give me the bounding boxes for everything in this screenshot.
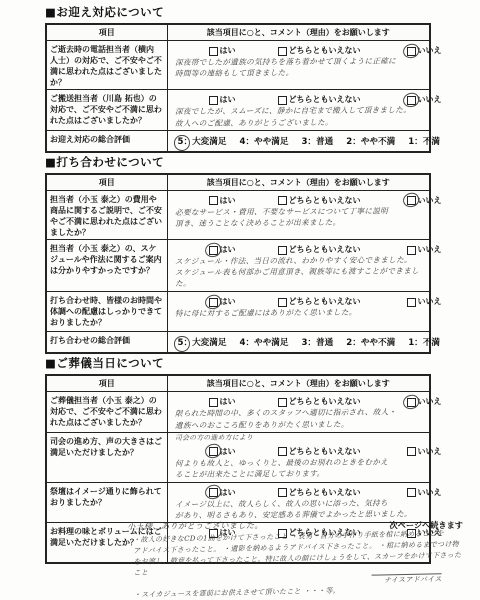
option-neutral: どちらともいえない (278, 94, 361, 105)
hand-drawn-circle-mark (173, 134, 191, 152)
answer-cell: はいどちらともいえないいいえ深夜でしたが、スムーズに、静かに自宅まで搬入して頂き… (167, 90, 430, 131)
checkbox-icon (407, 47, 415, 55)
option-row: はいどちらともいえないいいえ (171, 487, 427, 498)
question-label-cell: 司会の進め方、声の大きさはご満足いただけましたか？ (46, 432, 167, 482)
handwritten-annotation: 司会の方の進め方により (171, 432, 427, 443)
option-label: どちらともいえない (289, 45, 361, 56)
option-label: はい (220, 195, 236, 206)
section-title: ■ご葬儀当日について (45, 355, 429, 371)
checkbox-icon (407, 488, 415, 496)
rating-option: 3：普通 (301, 338, 333, 348)
answer-cell: はいどちらともいえないいいえ必要なサービス・費用、不要なサービスについて丁寧に説… (167, 190, 430, 239)
rating-number-text: 2 (346, 338, 352, 348)
checkbox-icon (209, 447, 217, 455)
rating-number-text: 4 (239, 338, 245, 348)
rating-option: 5：大変満足 (178, 137, 227, 147)
question-label-cell: ご葬儀担当者（小玉 泰之）の対応で、ご不安やご不満に思われた点はございましたか？ (46, 392, 167, 433)
question-label-cell: 担当者（小玉 泰之）の費用や商品に関するご説明で、ご不安やご不満に思われた点はご… (46, 190, 167, 239)
checkbox-icon (407, 196, 415, 204)
option-label: どちらともいえない (289, 94, 361, 105)
checkbox-icon (209, 298, 217, 306)
checkbox-icon (209, 47, 217, 55)
table-row: ご搬送担当者（川島 拓也）の対応で、ご不安やご不満に思われた点はございましたか？… (46, 90, 430, 131)
checkbox-icon (209, 196, 217, 204)
option-label: いいえ (418, 487, 442, 498)
table-row: 担当者（小玉 泰之）の費用や商品に関するご説明で、ご不安やご不満に思われた点はご… (46, 190, 430, 239)
rating-label: ：不満 (414, 338, 440, 348)
rating-option: 1：不満 (408, 137, 440, 147)
checkbox-square (278, 298, 287, 307)
question-label-cell: ご搬送担当者（川島 拓也）の対応で、ご不安やご不満に思われた点はございましたか？ (46, 90, 167, 131)
option-yes: はい (209, 396, 236, 407)
handwritten-comment-line: 時間等の連絡もして頂きました。 (171, 67, 427, 80)
rating-number: 3 (301, 338, 307, 348)
answer-cell: はいどちらともいえないいいえイメージ以上に、故人らしく、故人の思いに添った、気持… (167, 482, 430, 523)
table-row: ご葬儀担当者（小玉 泰之）の対応で、ご不安やご不満に思われた点はございましたか？… (46, 392, 430, 433)
handwritten-note-line: ・スイカジュースを霊前にお供えさせて頂いたこと ・・・等。 (134, 584, 466, 600)
rating-label: ：不満 (414, 137, 440, 147)
rating-number-text: 2 (346, 137, 352, 147)
hand-drawn-circle-mark (173, 335, 191, 353)
handwritten-comment-line: スケジュール表も何部かご用意頂き、親族等にも渡すことができました。 (171, 266, 427, 291)
option-label: はい (220, 45, 236, 56)
option-yes: はい (209, 446, 236, 457)
survey-table: 項目該当項目に○と、コメント（理由）をお願いします担当者（小玉 泰之）の費用や商… (45, 173, 431, 354)
checkbox-icon (278, 96, 286, 104)
option-row: はいどちらともいえないいいえ (171, 244, 427, 255)
column-header-item: 項目 (46, 375, 167, 392)
option-neutral: どちらともいえない (278, 296, 361, 307)
rating-option: 4：やや満足 (239, 338, 288, 348)
answer-cell: はいどちらともいえないいいえ深夜帯でしたが遺族の気持ちを落ち着かせて頂くように正… (167, 41, 430, 90)
table-row: お迎え対応の総合評価5：大変満足4：やや満足3：普通2：やや不満1：不満 (46, 130, 430, 152)
question-label-cell: お迎え対応の総合評価 (46, 130, 167, 152)
rating-label: ：普通 (307, 338, 333, 348)
checkbox-icon (278, 398, 286, 406)
rating-option: 3：普通 (301, 137, 333, 147)
rating-number: 2 (346, 338, 352, 348)
survey-table: 項目該当項目に○と、コメント（理由）をお願いしますご逝去時の電話担当者（横内 人… (45, 23, 431, 153)
option-neutral: どちらともいえない (278, 244, 361, 255)
rating-number-text: 3 (301, 338, 307, 348)
option-label: はい (220, 396, 236, 407)
option-neutral: どちらともいえない (278, 396, 361, 407)
option-label: はい (220, 446, 236, 457)
rating-number-text: 1 (408, 338, 414, 348)
rating-number-text: 1 (408, 137, 414, 147)
checkbox-square (209, 47, 218, 56)
checkbox-square (278, 398, 287, 407)
option-label: はい (220, 94, 236, 105)
question-label-cell: 打ち合わせの総合評価 (46, 332, 167, 354)
column-header-item: 項目 (46, 24, 167, 41)
table-header-row: 項目該当項目に○と、コメント（理由）をお願いします (46, 174, 430, 191)
checkbox-icon (278, 447, 286, 455)
checkbox-square (407, 447, 416, 456)
section-meeting: ■打ち合わせについて 項目該当項目に○と、コメント（理由）をお願いします担当者（… (45, 154, 429, 354)
checkbox-square (278, 96, 287, 105)
handwritten-comment-line: 故人へのご配慮、ありがとうございました。 (171, 116, 427, 129)
checkbox-icon (407, 298, 415, 306)
rating-number: 3 (301, 137, 307, 147)
answer-cell: はいどちらともいえないいいえスケジュール・作法、当日の流れ、わかりやすく安心でき… (167, 240, 430, 292)
option-row: はいどちらともいえないいいえ (171, 195, 427, 206)
rating-label: ：やや不満 (352, 137, 395, 147)
table-row: 打ち合わせの総合評価5：大変満足4：やや満足3：普通2：やや不満1：不満 (46, 332, 430, 354)
checkbox-square (278, 47, 287, 56)
table-header-row: 項目該当項目に○と、コメント（理由）をお願いします (46, 375, 430, 392)
option-neutral: どちらともいえない (278, 487, 361, 498)
option-label: はい (220, 296, 236, 307)
checkbox-icon (209, 398, 217, 406)
table-header-row: 項目該当項目に○と、コメント（理由）をお願いします (46, 24, 430, 41)
option-row: はいどちらともいえないいいえ (171, 45, 427, 56)
rating-option: 1：不満 (408, 338, 440, 348)
rating-label: ：やや満足 (245, 137, 288, 147)
checkbox-icon (278, 47, 286, 55)
rating-option: 2：やや不満 (346, 137, 395, 147)
option-label: どちらともいえない (289, 195, 361, 206)
rating-number-text: 4 (239, 137, 245, 147)
checkbox-icon (407, 246, 415, 254)
checkbox-icon (278, 246, 286, 254)
rating-number: 1 (408, 338, 414, 348)
checkbox-icon (407, 447, 415, 455)
rating-option: 2：やや不満 (346, 338, 395, 348)
option-label: どちらともいえない (289, 396, 361, 407)
checkbox-icon (209, 96, 217, 104)
column-header-instruction: 該当項目に○と、コメント（理由）をお願いします (167, 375, 430, 392)
column-header-instruction: 該当項目に○と、コメント（理由）をお願いします (167, 174, 430, 191)
answer-cell: はいどちらともいえないいいえ特に母に対するご配慮にはありがたく思いました。 (167, 292, 430, 332)
option-label: いいえ (418, 446, 442, 457)
option-label: どちらともいえない (289, 296, 361, 307)
question-label-cell: 祭壇はイメージ通りに飾られておりましたか？ (46, 482, 167, 523)
option-row: はいどちらともいえないいいえ (171, 94, 427, 105)
rating-scale-cell: 5：大変満足4：やや満足3：普通2：やや不満1：不満 (167, 332, 430, 354)
table-row: 祭壇はイメージ通りに飾られておりましたか？はいどちらともいえないいいえイメージ以… (46, 482, 430, 523)
checkbox-icon (209, 246, 217, 254)
rating-option: 4：やや満足 (239, 137, 288, 147)
checkbox-square (209, 196, 218, 205)
checkbox-icon (278, 488, 286, 496)
option-yes: はい (209, 487, 236, 498)
checkbox-icon (278, 298, 286, 306)
option-label: はい (220, 487, 236, 498)
checkbox-icon (407, 398, 415, 406)
column-header-item: 項目 (46, 174, 167, 191)
rating-label: ：やや不満 (352, 338, 395, 348)
checkbox-square (278, 196, 287, 205)
option-label: どちらともいえない (289, 487, 361, 498)
checkbox-icon (209, 488, 217, 496)
option-row: はいどちらともいえないいいえ (171, 446, 427, 457)
column-header-instruction: 該当項目に○と、コメント（理由）をお願いします (167, 24, 430, 41)
scanned-survey-page: ■お迎え対応について 項目該当項目に○と、コメント（理由）をお願いしますご逝去時… (0, 0, 480, 600)
handwritten-comment-line: 頂き、迷うことなく決めることが出来ました。 (171, 217, 427, 230)
option-yes: はい (209, 244, 236, 255)
section-title: ■打ち合わせについて (45, 154, 429, 170)
checkbox-square (278, 246, 287, 255)
rating-number-text: 3 (301, 137, 307, 147)
rating-label: ：やや満足 (245, 338, 288, 348)
checkbox-square (407, 488, 416, 497)
checkbox-square (209, 96, 218, 105)
option-no: いいえ (407, 446, 442, 457)
rating-number: 1 (408, 137, 414, 147)
option-yes: はい (209, 195, 236, 206)
rating-number: 5 (178, 338, 184, 348)
handwritten-comment-line: 遺族へのおこころ配りをありがたく思いました。 (171, 418, 427, 431)
option-no: いいえ (407, 487, 442, 498)
handwritten-comment-line: ることが出来たことに満足しております。 (171, 467, 427, 480)
answer-cell: はいどちらともいえないいいえ限られた時間の中、多くのスタッフへ適切に指示され、故… (167, 392, 430, 433)
option-label: はい (220, 244, 236, 255)
handwritten-thanks: 小玉様、ありがとうございました。 (123, 519, 263, 532)
option-neutral: どちらともいえない (278, 446, 361, 457)
rating-label: ：普通 (307, 137, 333, 147)
table-row: ご逝去時の電話担当者（横内 人士）の対応で、ご不安やご不満に思われた点はございま… (46, 41, 430, 90)
checkbox-square (278, 447, 287, 456)
handwritten-comment-line: 特に母に対するご配慮にはありがたく思いました。 (171, 306, 427, 319)
handwritten-note-lines: ・故人の好きなCDの1曲をかけて下さったこと ・長男・自分の手作り手紙を棺に納め… (133, 531, 466, 600)
table-row: 担当者（小玉 泰之）の、スケジュールや作法に関するご案内は分かりやすかったですか… (46, 240, 430, 292)
rating-number: 4 (239, 137, 245, 147)
option-yes: はい (209, 94, 236, 105)
survey-content: ■お迎え対応について 項目該当項目に○と、コメント（理由）をお願いしますご逝去時… (45, 3, 429, 564)
rating-option: 5：大変満足 (178, 338, 227, 348)
checkbox-square (407, 246, 416, 255)
rating-scale-cell: 5：大変満足4：やや満足3：普通2：やや不満1：不満 (167, 130, 430, 152)
question-label-cell: ご逝去時の電話担当者（横内 人士）の対応で、ご不安やご不満に思われた点はございま… (46, 41, 167, 90)
checkbox-icon (407, 96, 415, 104)
checkbox-icon (278, 196, 286, 204)
option-yes: はい (209, 296, 236, 307)
rating-number: 5 (178, 137, 184, 147)
option-neutral: どちらともいえない (278, 195, 361, 206)
table-row: 司会の進め方、声の大きさはご満足いただけましたか？司会の方の進め方によりはいどち… (46, 432, 430, 482)
rating-number: 4 (239, 338, 245, 348)
table-row: 打ち合わせ時、皆様のお時間や体調への配慮はしっかりできておりましたか？はいどちら… (46, 292, 430, 332)
option-label: どちらともいえない (289, 446, 361, 457)
checkbox-square (278, 488, 287, 497)
question-label-cell: 担当者（小玉 泰之）の、スケジュールや作法に関するご案内は分かりやすかったですか… (46, 240, 167, 292)
checkbox-square (209, 398, 218, 407)
section-pickup: ■お迎え対応について 項目該当項目に○と、コメント（理由）をお願いしますご逝去時… (45, 4, 429, 153)
answer-cell: 司会の方の進め方によりはいどちらともいえないいいえ何よりも故人と、ゆっくりと、最… (167, 432, 430, 482)
option-neutral: どちらともいえない (278, 45, 361, 56)
option-yes: はい (209, 45, 236, 56)
rating-number: 2 (346, 137, 352, 147)
question-label-cell: 打ち合わせ時、皆様のお時間や体調への配慮はしっかりできておりましたか？ (46, 292, 167, 332)
option-label: どちらともいえない (289, 244, 361, 255)
footer-notes: 小玉様、ありがとうございました。 次ページへ続きます ・故人の好きなCDの1曲を… (45, 520, 465, 600)
section-title: ■お迎え対応について (45, 4, 429, 20)
